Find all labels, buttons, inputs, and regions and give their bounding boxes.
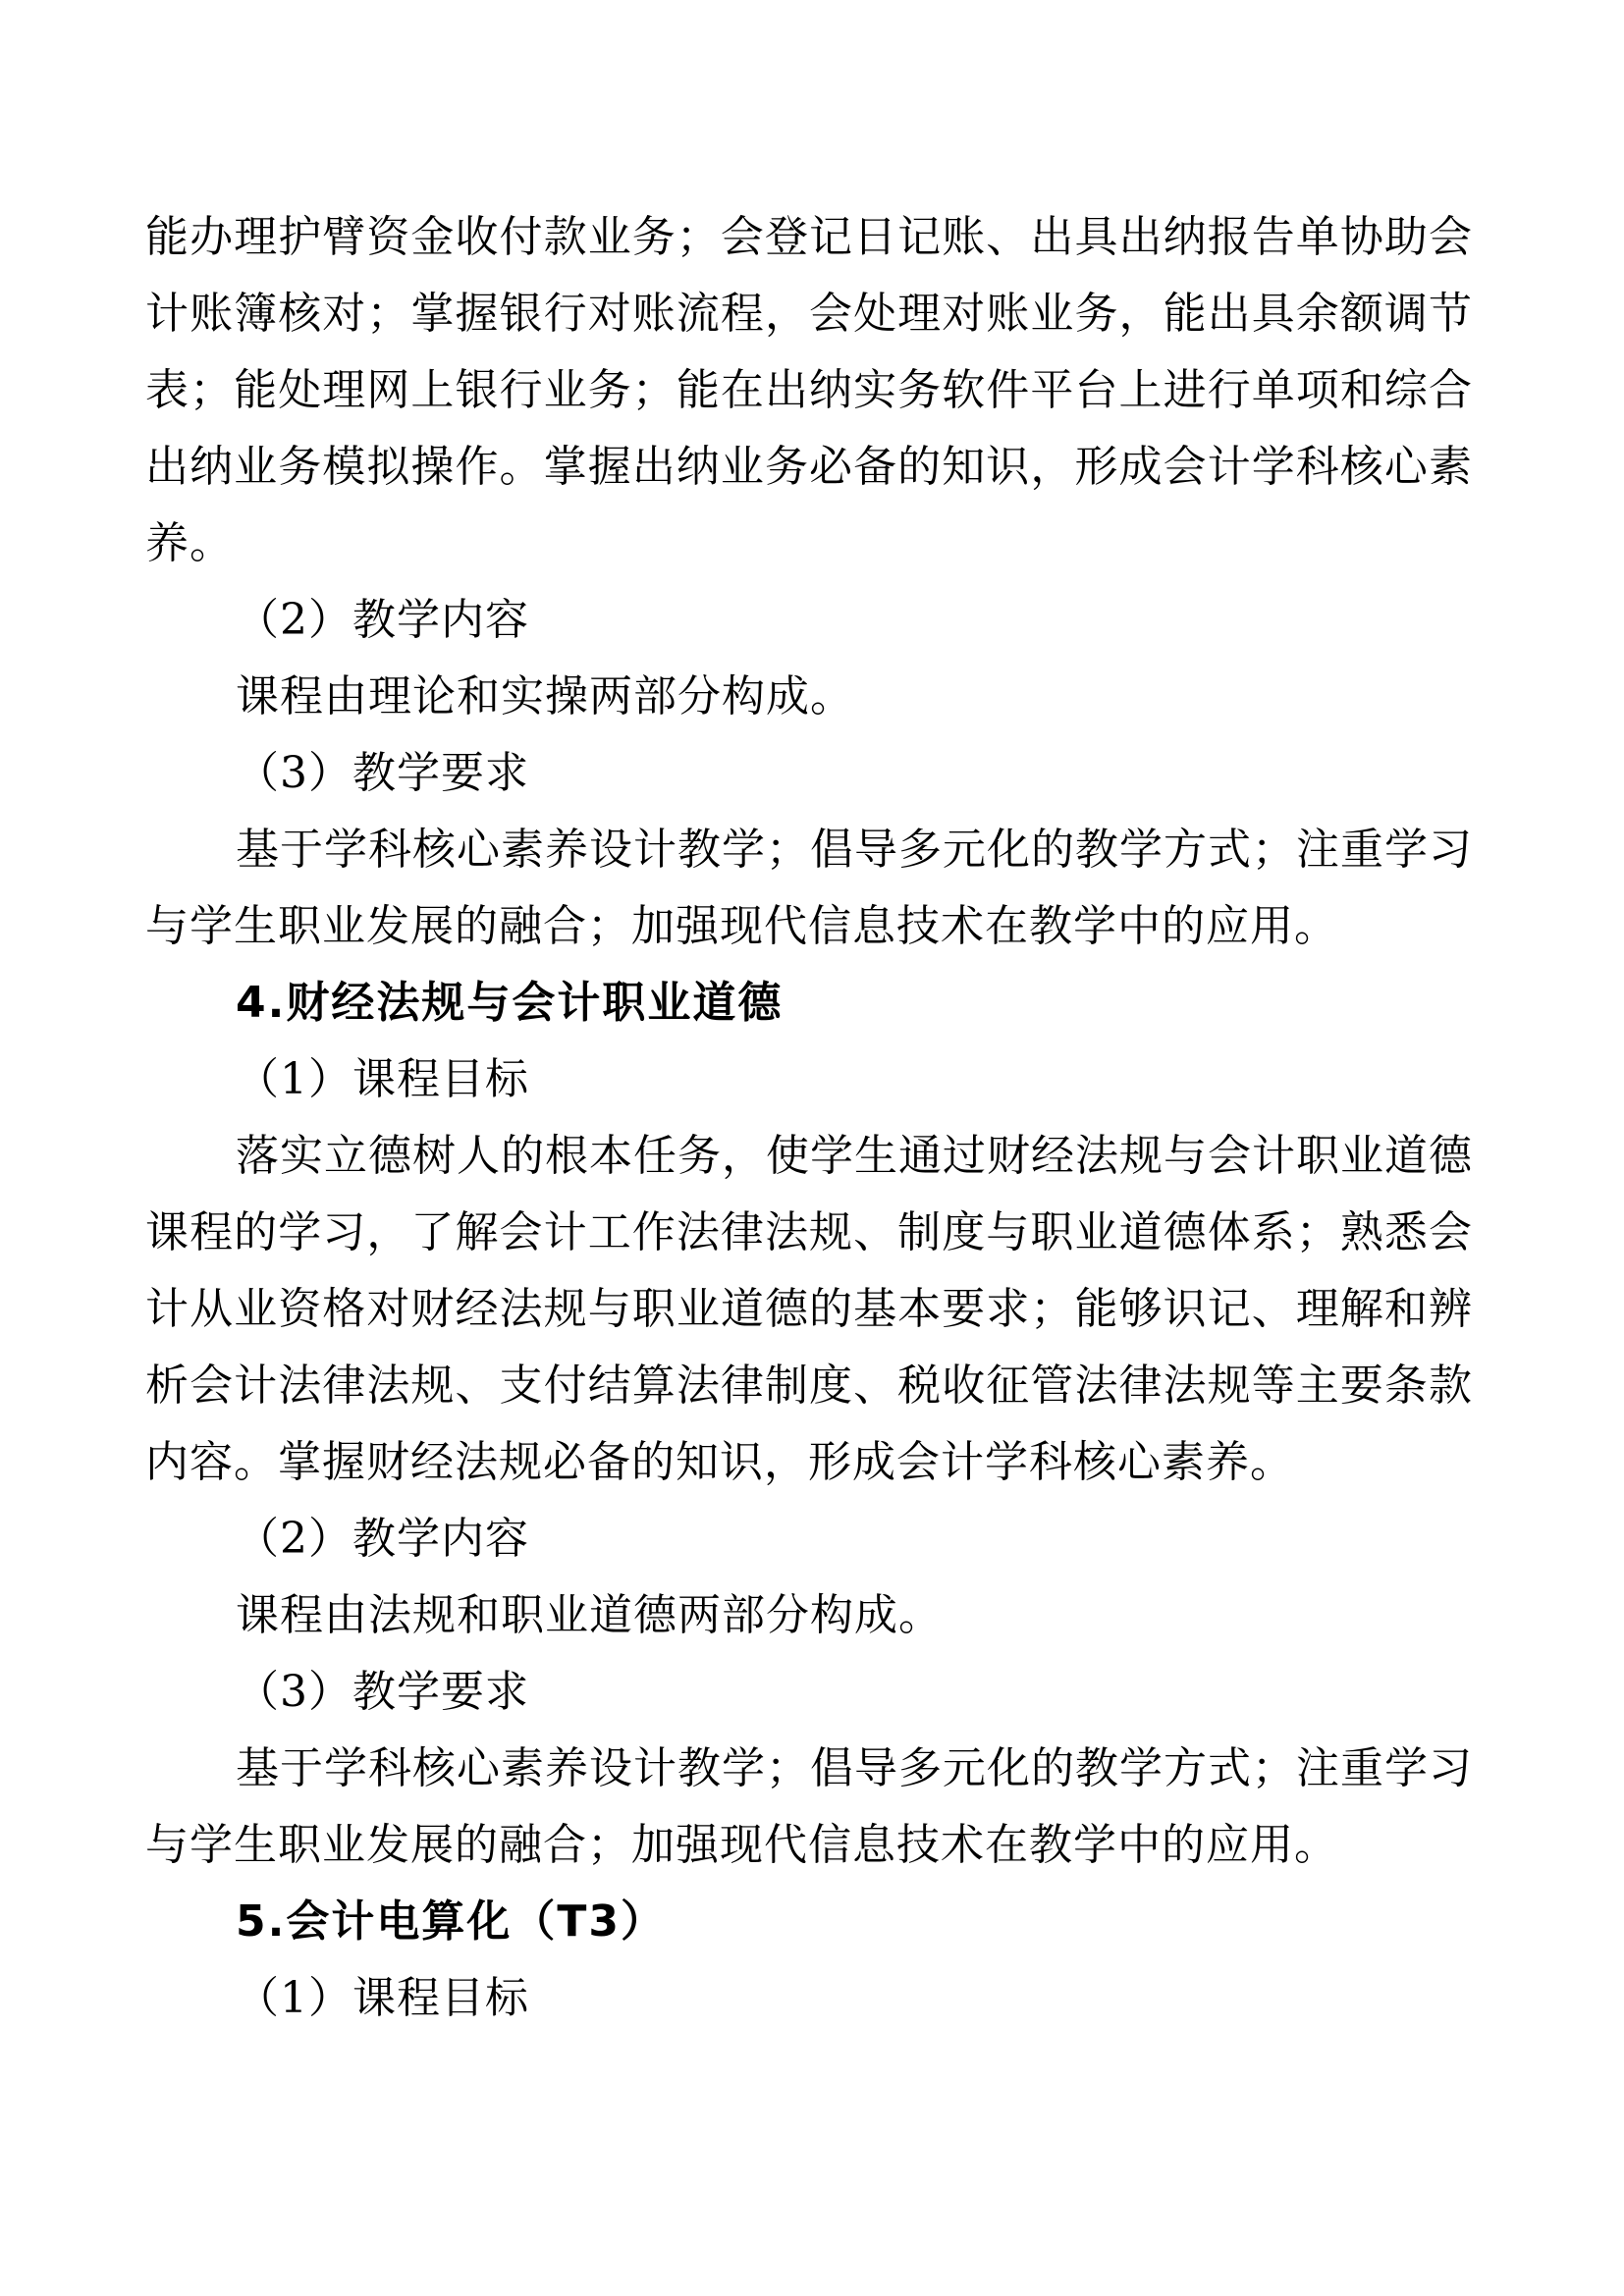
text-line: （1）课程目标: [145, 1041, 1473, 1118]
document-page: 能办理护臂资金收付款业务；会登记日记账、出具出纳报告单协助会计账簿核对；掌握银行…: [0, 0, 1624, 2296]
text-line: （2）教学内容: [145, 1501, 1473, 1577]
text-line: 表；能处理网上银行业务；能在出纳实务软件平台上进行单项和综合: [145, 352, 1473, 429]
text-line: 课程由法规和职业道德两部分构成。: [145, 1577, 1473, 1654]
text-line: （3）教学要求: [145, 735, 1473, 812]
text-line: 析会计法律法规、支付结算法律制度、税收征管法律法规等主要条款: [145, 1348, 1473, 1424]
text-line: 内容。掌握财经法规必备的知识，形成会计学科核心素养。: [145, 1424, 1473, 1501]
text-line: 基于学科核心素养设计教学；倡导多元化的教学方式；注重学习: [145, 1731, 1473, 1807]
text-line: 课程的学习，了解会计工作法律法规、制度与职业道德体系；熟悉会: [145, 1195, 1473, 1271]
text-line: 能办理护臂资金收付款业务；会登记日记账、出具出纳报告单协助会: [145, 199, 1473, 276]
section-heading-line: 5.会计电算化（T3）: [145, 1884, 1473, 1960]
text-line: （3）教学要求: [145, 1654, 1473, 1731]
text-line: 出纳业务模拟操作。掌握出纳业务必备的知识，形成会计学科核心素: [145, 429, 1473, 506]
text-line: 课程由理论和实操两部分构成。: [145, 659, 1473, 735]
text-line: （1）课程目标: [145, 1960, 1473, 2037]
section-heading-line: 4.财经法规与会计职业道德: [145, 965, 1473, 1041]
text-line: 养。: [145, 506, 1473, 582]
text-line: （2）教学内容: [145, 582, 1473, 659]
text-line: 计账簿核对；掌握银行对账流程，会处理对账业务，能出具余额调节: [145, 276, 1473, 352]
text-line: 与学生职业发展的融合；加强现代信息技术在教学中的应用。: [145, 1807, 1473, 1884]
text-line: 基于学科核心素养设计教学；倡导多元化的教学方式；注重学习: [145, 812, 1473, 888]
document-body: 能办理护臂资金收付款业务；会登记日记账、出具出纳报告单协助会计账簿核对；掌握银行…: [145, 199, 1473, 2037]
text-line: 计从业资格对财经法规与职业道德的基本要求；能够识记、理解和辨: [145, 1271, 1473, 1348]
text-line: 与学生职业发展的融合；加强现代信息技术在教学中的应用。: [145, 888, 1473, 965]
text-line: 落实立德树人的根本任务，使学生通过财经法规与会计职业道德: [145, 1118, 1473, 1195]
